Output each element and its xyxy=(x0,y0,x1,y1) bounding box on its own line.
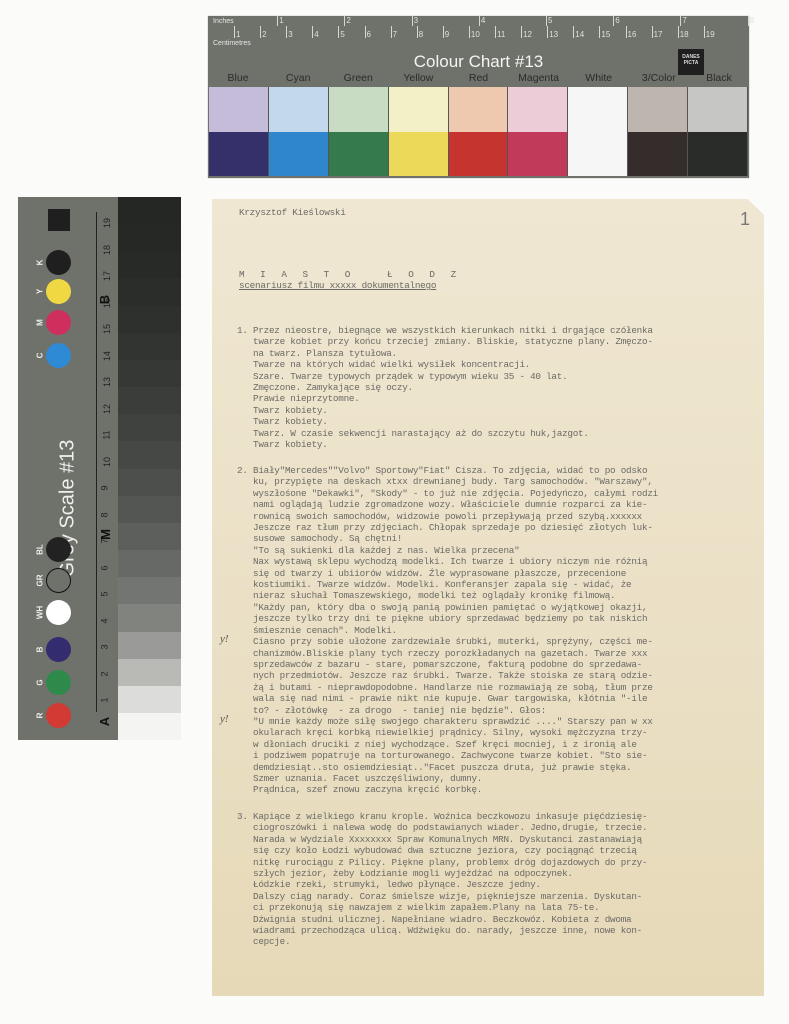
typed-line: cepcje. xyxy=(237,936,647,947)
swatch-label: Red xyxy=(448,72,508,84)
cm-tick xyxy=(443,26,444,38)
typed-line: to? - złotówkę - za drogo - taniej nie b… xyxy=(237,705,658,716)
inch-tick xyxy=(412,16,413,26)
cm-tick xyxy=(417,26,418,38)
typed-line: Dźwignia studni ulicznej. Napełniane wia… xyxy=(237,914,647,925)
swatch-cyan xyxy=(269,87,329,176)
inch-mark: 3 xyxy=(414,16,418,25)
color-dot-label: G xyxy=(36,673,45,693)
inch-mark: 2 xyxy=(346,16,350,25)
color-dot-g xyxy=(46,670,71,695)
inch-tick xyxy=(748,16,749,26)
document-title: M I A S T O Ł O D Z xyxy=(239,269,461,280)
cm-tick xyxy=(626,26,627,38)
cm-tick xyxy=(495,26,496,38)
typed-line: Twarz kobiety. xyxy=(237,405,653,416)
grey-step xyxy=(118,441,181,468)
typed-line: rownicą swoich samochodów, widzowie powo… xyxy=(237,511,658,522)
cm-tick xyxy=(547,26,548,38)
scale-number: 2 xyxy=(100,671,110,676)
typed-line: i podziwem popatruje na torturowanego. Z… xyxy=(237,750,658,761)
swatch-light xyxy=(508,87,567,132)
section-1: 1. Przez nieostre, biegnące we wszystkic… xyxy=(237,325,653,450)
cm-mark: 12 xyxy=(523,30,532,39)
swatch-label: Blue xyxy=(208,72,268,84)
grey-step xyxy=(118,333,181,360)
color-dot-c xyxy=(46,343,71,368)
cm-tick xyxy=(286,26,287,38)
typed-line: Nax wystawą sklepu wychodzą modelki. Ich… xyxy=(237,556,658,567)
inch-tick xyxy=(277,16,278,26)
scale-number: 8 xyxy=(100,512,110,517)
cm-tick xyxy=(521,26,522,38)
cm-tick xyxy=(391,26,392,38)
swatch-dark xyxy=(449,132,508,177)
color-dot-label: BL xyxy=(36,540,45,560)
cm-mark: 3 xyxy=(288,30,292,39)
centimetres-label: Centimetres xyxy=(213,40,251,47)
color-dot-wh xyxy=(46,600,71,625)
typed-line: się od twarzy i ubiiorów widzów. Źle wyp… xyxy=(237,568,658,579)
grey-step xyxy=(118,550,181,577)
grey-step xyxy=(118,387,181,414)
swatch-light xyxy=(449,87,508,132)
color-dot-b xyxy=(46,637,71,662)
swatch-yellow xyxy=(389,87,449,176)
grey-step xyxy=(118,686,181,713)
typed-line: Ciasno przy sobie ułożone zardzewiałe śr… xyxy=(237,636,658,647)
swatch-dark xyxy=(329,132,388,177)
swatch-label: Magenta xyxy=(509,72,569,84)
swatch-light xyxy=(209,87,268,132)
grey-scale-title: Grey Scale #13 xyxy=(57,429,80,589)
color-dot-label: WH xyxy=(36,603,45,623)
swatch-label: White xyxy=(569,72,629,84)
cm-mark: 11 xyxy=(497,30,505,39)
inch-tick xyxy=(613,16,614,26)
marker-a: A xyxy=(97,717,112,726)
typed-line: Szare. Twarze typowych prządek w typowym… xyxy=(237,371,653,382)
color-dot-label: GR xyxy=(36,571,45,591)
grey-step xyxy=(118,360,181,387)
swatch-white xyxy=(568,87,628,176)
typed-line: wiadrami przechodząca ulicą. Wdźwięku do… xyxy=(237,925,647,936)
scale-number: 14 xyxy=(102,350,112,360)
cm-tick xyxy=(312,26,313,38)
cm-tick xyxy=(469,26,470,38)
marker-m: M xyxy=(98,529,113,540)
typed-line: śmiesznie cenach". Modelki. xyxy=(237,625,658,636)
swatch-3-color xyxy=(628,87,688,176)
swatch-dark xyxy=(628,132,687,177)
typed-line: 3. Kapiące z wielkiego kranu krople. Woź… xyxy=(237,811,647,822)
danes-picta-logo xyxy=(48,209,70,231)
cm-tick xyxy=(260,26,261,38)
section-3: 3. Kapiące z wielkiego kranu krople. Woź… xyxy=(237,811,647,948)
swatch-dark xyxy=(389,132,448,177)
colour-chart-title: Colour Chart #13 xyxy=(208,52,749,72)
grey-step xyxy=(118,496,181,523)
color-dot-r xyxy=(46,703,71,728)
typed-line: okularach kręci korbką niewielkiej prądn… xyxy=(237,727,658,738)
scale-number: 13 xyxy=(102,377,112,387)
typed-line: 1. Przez nieostre, biegnące we wszystkic… xyxy=(237,325,653,336)
grey-step xyxy=(118,278,181,305)
cm-tick xyxy=(234,26,235,38)
scale-number: 10 xyxy=(102,456,112,466)
typed-line: Jeszcze raz tłum przy zdjęciach. Chłopak… xyxy=(237,522,658,533)
margin-note: y! xyxy=(220,713,229,725)
swatch-blue xyxy=(209,87,269,176)
typed-line: się czy koło Łodzi wybudować dwa sztuczn… xyxy=(237,845,647,856)
grey-scale-card: Grey Scale #13 RGBWHGRBLCMYK123456789101… xyxy=(18,197,118,740)
grey-step xyxy=(118,197,181,224)
typed-line: "To są sukienki dla każdej z nas. Wielka… xyxy=(237,545,658,556)
grey-step xyxy=(118,713,181,740)
swatch-dark xyxy=(269,132,328,177)
cm-mark: 6 xyxy=(367,30,371,39)
grey-steps xyxy=(118,197,181,740)
inch-mark: 4 xyxy=(481,16,485,25)
typed-line: Zmęczone. Zamykające się oczy. xyxy=(237,382,653,393)
marker-b: B xyxy=(97,295,112,304)
swatch-dark xyxy=(688,132,747,177)
scale-line xyxy=(96,212,97,712)
swatch-red xyxy=(449,87,509,176)
swatch-green xyxy=(329,87,389,176)
grey-step xyxy=(118,577,181,604)
swatch-light xyxy=(329,87,388,132)
inch-mark: 1 xyxy=(279,16,283,25)
grey-step xyxy=(118,469,181,496)
cm-mark: 7 xyxy=(393,30,397,39)
inch-mark: 8 xyxy=(750,16,754,25)
swatch-dark xyxy=(508,132,567,177)
scale-number: 11 xyxy=(102,430,112,439)
cm-tick xyxy=(573,26,574,38)
scale-number: 4 xyxy=(100,618,110,623)
typed-line: wala się nad nimi - prawie nikt nie kupu… xyxy=(237,693,658,704)
cm-mark: 17 xyxy=(654,30,663,39)
typed-line: Twarz. W czasie sekwencji narastający aż… xyxy=(237,428,653,439)
typed-line: kostiumiki. Twarze widzów. Modelki. Konf… xyxy=(237,579,658,590)
scale-number: 6 xyxy=(100,565,110,570)
typed-line: w dłoniach druciki z niej wychodzące. Sz… xyxy=(237,739,658,750)
inch-mark: 6 xyxy=(615,16,619,25)
typed-line: Twarze na których widać wielki wysiłek k… xyxy=(237,359,653,370)
page-number: 1 xyxy=(740,209,750,230)
cm-mark: 8 xyxy=(419,30,423,39)
cm-mark: 1 xyxy=(236,30,240,39)
cm-tick xyxy=(338,26,339,38)
margin-note: y! xyxy=(220,633,229,645)
typed-line: Twarz kobiety. xyxy=(237,439,653,450)
cm-mark: 15 xyxy=(601,30,610,39)
cm-tick xyxy=(704,26,705,38)
swatch-label: Yellow xyxy=(388,72,448,84)
cm-mark: 18 xyxy=(680,30,689,39)
typed-line: szłych jezior, żeby Łodzianie mogli wyje… xyxy=(237,868,647,879)
color-dot-label: B xyxy=(36,640,45,660)
grey-step xyxy=(118,523,181,550)
typed-line: demdziesiąt..sto osiemdziesiąt.."Facet p… xyxy=(237,762,658,773)
typed-line: chanizmów.Bliskie plany tych rzeczy poro… xyxy=(237,648,658,659)
swatch-label: Cyan xyxy=(268,72,328,84)
cm-mark: 10 xyxy=(471,30,480,39)
swatch-label: Black xyxy=(689,72,749,84)
color-dot-label: Y xyxy=(36,282,45,302)
typed-line: Narada w Wydziale Xxxxxxxx Spraw Komunal… xyxy=(237,834,647,845)
typed-line: wyszłośone "Dekawki", "Skody" - to już n… xyxy=(237,488,658,499)
swatch-light xyxy=(269,87,328,132)
grey-step xyxy=(118,604,181,631)
swatch-label: 3/Color xyxy=(629,72,689,84)
color-dot-m xyxy=(46,310,71,335)
swatch-magenta xyxy=(508,87,568,176)
grey-step xyxy=(118,224,181,251)
typed-line: ciogroszówki i nalewa wodę do podstawian… xyxy=(237,822,647,833)
grey-step xyxy=(118,414,181,441)
cm-tick xyxy=(599,26,600,38)
scale-number: 5 xyxy=(100,591,110,596)
typed-line: Prądnica, szef znowu zaczyna kręcić korb… xyxy=(237,784,658,795)
inches-label: Inches xyxy=(213,18,234,25)
typed-line: jeszcze tylko trzy dni te piękne ubiory … xyxy=(237,613,658,624)
typed-line: "U mnie każdy może siłę swojego charakte… xyxy=(237,716,658,727)
typed-line: Dalszy ciąg narady. Coraz śmielsze wizje… xyxy=(237,891,647,902)
swatch-light xyxy=(389,87,448,132)
cm-mark: 19 xyxy=(706,30,715,39)
cm-mark: 16 xyxy=(628,30,637,39)
inch-mark: 7 xyxy=(682,16,686,25)
typed-line: nami oglądają ludzie zgromadzone wozy. W… xyxy=(237,499,658,510)
document-subtitle: scenariusz filmu xxxxx dokumentalnego xyxy=(239,280,436,291)
cm-mark: 9 xyxy=(445,30,449,39)
scale-number: 18 xyxy=(102,244,112,254)
swatch-label: Green xyxy=(328,72,388,84)
color-dot-k xyxy=(46,250,71,275)
typed-line: "Każdy pan, który dba o swoją panią powi… xyxy=(237,602,658,613)
typed-line: na twarz. Plansza tytułowa. xyxy=(237,348,653,359)
typed-line: nych przedmiotów. Jeszcze raz śrubki. Tw… xyxy=(237,670,658,681)
scale-number: 17 xyxy=(102,271,112,281)
author-name: Krzysztof Kieślowski xyxy=(239,207,346,218)
cm-tick xyxy=(678,26,679,38)
colour-chart: Inches Centimetres 123456781234567891011… xyxy=(208,16,749,178)
typewritten-page: Krzysztof Kieślowski 1 M I A S T O Ł O D… xyxy=(212,199,764,996)
scale-number: 15 xyxy=(102,324,112,334)
color-dot-y xyxy=(46,279,71,304)
scale-number: 19 xyxy=(102,218,112,228)
cm-tick xyxy=(365,26,366,38)
cm-mark: 13 xyxy=(549,30,558,39)
typed-line: sprzedawców z bazaru - stare, pomarszczo… xyxy=(237,659,658,670)
inch-tick xyxy=(680,16,681,26)
typed-line: ku, przypięte na deskach xtxx drewnianej… xyxy=(237,476,658,487)
typed-line: twarze kobiet przy końcu trzeciej zmiany… xyxy=(237,336,653,347)
typed-line: Prawie nieprzytomne. xyxy=(237,393,653,404)
color-dot-label: M xyxy=(36,313,45,333)
grey-step xyxy=(118,659,181,686)
swatch-dark xyxy=(568,132,627,177)
color-dot-gr xyxy=(46,568,71,593)
scale-number: 1 xyxy=(100,697,110,702)
cm-mark: 4 xyxy=(314,30,318,39)
cm-mark: 2 xyxy=(262,30,266,39)
typed-line: nieraz słuchał Tomaszewskiego, modelki t… xyxy=(237,590,658,601)
color-dot-label: K xyxy=(36,253,45,273)
typed-line: Szmer uznania. Facet uszczęśliwiony, dum… xyxy=(237,773,658,784)
inch-mark: 5 xyxy=(548,16,552,25)
inch-tick xyxy=(479,16,480,26)
swatch-dark xyxy=(209,132,268,177)
swatch-names: BlueCyanGreenYellowRedMagentaWhite3/Colo… xyxy=(208,72,749,84)
cm-mark: 14 xyxy=(575,30,584,39)
section-2: 2. Biały"Mercedes""Volvo" Sportowy"Fiat"… xyxy=(237,465,658,796)
grey-step xyxy=(118,251,181,278)
color-dot-bl xyxy=(46,537,71,562)
typed-line: susowe samochody. Są chętni! xyxy=(237,533,658,544)
inch-tick xyxy=(546,16,547,26)
scale-number: 9 xyxy=(100,485,110,490)
scale-number: 3 xyxy=(100,644,110,649)
color-dot-label: R xyxy=(36,706,45,726)
swatch-black xyxy=(688,87,748,176)
typed-line: nitkę rurociągu z Pilicy. Piękne plany, … xyxy=(237,857,647,868)
typed-line: 2. Biały"Mercedes""Volvo" Sportowy"Fiat"… xyxy=(237,465,658,476)
swatch-light xyxy=(628,87,687,132)
scale-number: 12 xyxy=(102,403,112,413)
typed-line: żą i butami - nieprawdopodobne. Handlarz… xyxy=(237,682,658,693)
swatch-light xyxy=(688,87,747,132)
cm-mark: 5 xyxy=(340,30,344,39)
grey-step xyxy=(118,632,181,659)
colour-swatches xyxy=(209,87,748,176)
inch-tick xyxy=(344,16,345,26)
grey-step xyxy=(118,306,181,333)
color-dot-label: C xyxy=(36,346,45,366)
typed-line: Łódzkie rzeki, strumyki, ledwo płynące. … xyxy=(237,879,647,890)
ruler: Inches Centimetres 123456781234567891011… xyxy=(208,16,749,50)
typed-line: Twarz kobiety. xyxy=(237,416,653,427)
swatch-light xyxy=(568,87,627,132)
typed-line: ci przekonują się nawzajem z wielkim zap… xyxy=(237,902,647,913)
cm-tick xyxy=(652,26,653,38)
